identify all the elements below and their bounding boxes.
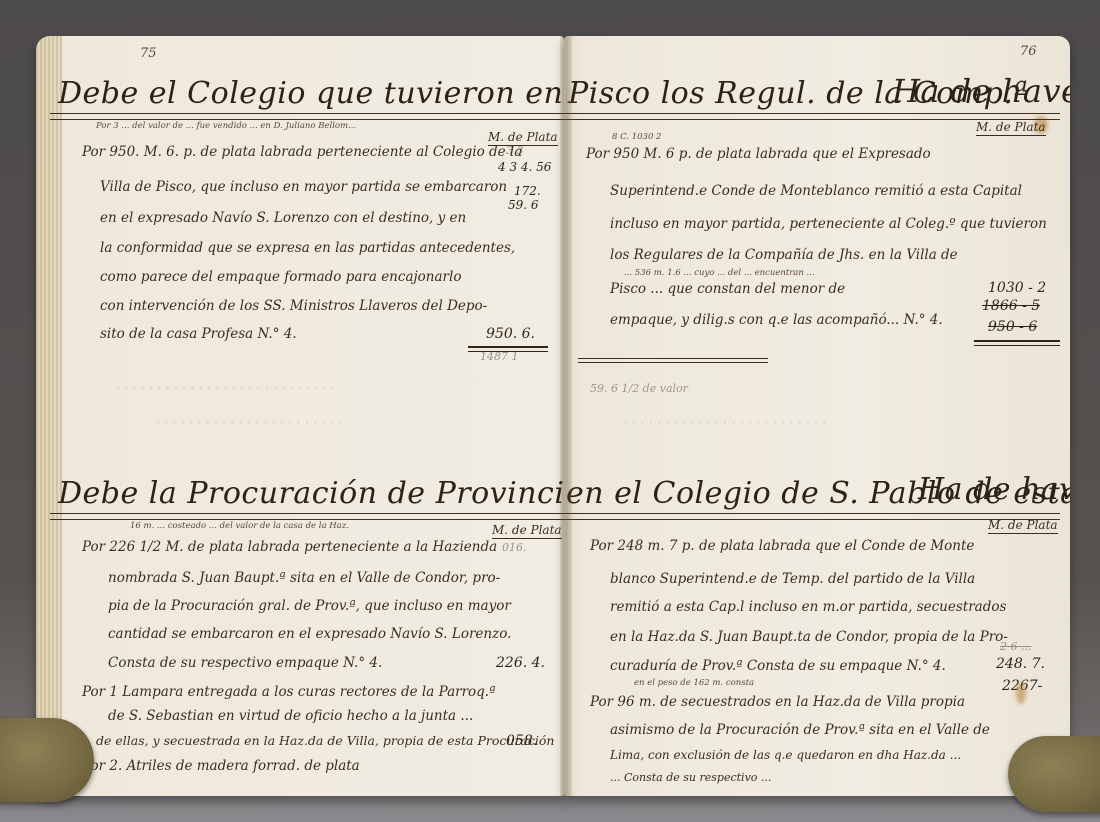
- entry-line: Por 950 M. 6 p. de plata labrada que el …: [586, 146, 931, 162]
- right-page: 76 Pisco los Regul. de la Comp.ª Ha de h…: [564, 36, 1070, 796]
- folio-number: 75: [140, 46, 157, 61]
- ink-stain: [1016, 682, 1026, 704]
- section-heading: Debe el Colegio que tuvieron en la Villa…: [58, 76, 564, 111]
- entry-line: incluso en mayor partida, perteneciente …: [610, 216, 1047, 232]
- entry-line: en el expresado Navío S. Lorenzo con el …: [100, 210, 466, 226]
- entry-line: remitió a esta Cap.l incluso en m.or par…: [610, 599, 1006, 615]
- column-header: M. de Plata: [492, 523, 562, 539]
- entry-line: blanco Superintend.e de Temp. del partid…: [610, 571, 975, 587]
- entry-line: con intervención de los SS. Ministros Ll…: [100, 298, 487, 314]
- open-ledger-book: 75 Debe el Colegio que tuvieron en la Vi…: [36, 36, 1070, 802]
- entry-line: los Regulares de la Compañía de Jhs. en …: [610, 247, 958, 263]
- entry-line: en la Haz.da S. Juan Baupt.ta de Condor,…: [610, 629, 1008, 645]
- entry-line: empaque, y dilig.s con q.e las acompañó.…: [610, 312, 943, 328]
- section-heading: Debe la Procuración de Provincia que res…: [58, 476, 564, 511]
- footnote: 59. 6 1/2 de valor: [590, 382, 688, 395]
- heading-right: Ha de haver: [918, 472, 1070, 507]
- entry-line: Superintend.e Conde de Monteblanco remit…: [610, 183, 1022, 199]
- entry-line: como parece del empaque formado para enc…: [100, 269, 461, 285]
- subtotal: 1487 1: [480, 350, 519, 363]
- folio-number: 76: [1020, 44, 1037, 59]
- entry-line: Por 1 Lampara entregada a los curas rect…: [82, 684, 496, 700]
- side-figure-struck: 950 - 6: [988, 319, 1037, 335]
- entry-line: cantidad se embarcaron en el expresado N…: [108, 626, 511, 642]
- entry-line: Villa de Pisco, que incluso en mayor par…: [100, 179, 507, 195]
- heading-double-rule: [564, 513, 1060, 520]
- entry-line: Consta de su respectivo empaque N.° 4.: [108, 655, 382, 671]
- side-figure-struck: 2 6 ...: [1000, 640, 1031, 653]
- entry-line: ... Consta de su respectivo ...: [610, 771, 771, 784]
- entry-line: sito de la casa Profesa N.° 4.: [100, 326, 297, 342]
- entry-line: Lima, con exclusión de las q.e quedaron …: [610, 748, 961, 762]
- correction-note: 8 C. 1030 2: [612, 132, 661, 142]
- heading-double-rule: [50, 513, 564, 520]
- side-figure: 3 3: [506, 144, 524, 157]
- entry-line: Por 96 m. de secuestrados en la Haz.da d…: [590, 694, 965, 710]
- entry-line: Por 2. Atriles de madera forrad. de plat…: [82, 758, 360, 774]
- heading-right: Ha de haver: [892, 72, 1070, 110]
- side-figure: 172.: [514, 184, 541, 198]
- right-book-weight: [1008, 736, 1100, 812]
- left-page: 75 Debe el Colegio que tuvieron en la Vi…: [36, 36, 564, 796]
- entry-line: de ellas, y secuestrada en la Haz.da de …: [96, 733, 554, 748]
- entry-line: asimismo de la Procuración de Prov.ª sit…: [610, 722, 990, 738]
- entry-line: nombrada S. Juan Baupt.ª sita en el Vall…: [108, 570, 500, 586]
- entry-line: curaduría de Prov.ª Consta de su empaque…: [610, 658, 946, 674]
- side-figure: 016.: [502, 541, 527, 554]
- entry-line: Por 950. M. 6. p. de plata labrada perte…: [82, 144, 522, 160]
- column-header: M. de Plata: [976, 120, 1046, 136]
- sum-rule: [974, 340, 1060, 346]
- entry-line: Por 226 1/2 M. de plata labrada pertenec…: [82, 539, 497, 555]
- side-figure: 1030 - 2: [988, 280, 1046, 296]
- margin-note: en el peso de 162 m. consta: [634, 678, 754, 688]
- side-figure-struck: 1866 - 5: [982, 298, 1040, 314]
- side-figure: 4 3 4. 56: [498, 160, 551, 174]
- entry-line: de S. Sebastian en virtud de oficio hech…: [108, 708, 473, 724]
- flourish-rule: [578, 358, 768, 363]
- side-figure: 59. 6: [508, 198, 539, 212]
- heading-double-rule: [50, 113, 564, 120]
- entry-line: la conformidad que se expresa en las par…: [100, 240, 515, 256]
- left-page-edge: [36, 36, 62, 796]
- left-book-weight: [0, 718, 94, 802]
- heading-double-rule: [564, 113, 1060, 120]
- entry-line: Pisco ... que constan del menor de: [610, 281, 845, 297]
- interlinear-note: ... 536 m. 1.6 ... cuyo ... del ... encu…: [624, 268, 815, 278]
- entry-amount: 058.: [506, 733, 537, 749]
- margin-note: 16 m. ... costeado ... del valor de la c…: [130, 521, 349, 531]
- margin-note: Por 3 ... del valor de ... fue vendido .…: [96, 121, 356, 131]
- book-gutter: [560, 36, 572, 796]
- column-header: M. de Plata: [988, 518, 1058, 534]
- entry-amount: 226. 4.: [496, 655, 545, 671]
- entry-line: Por 248 m. 7 p. de plata labrada que el …: [590, 538, 974, 554]
- entry-line: pia de la Procuración gral. de Prov.ª, q…: [108, 598, 511, 614]
- entry-amount: 950. 6.: [486, 326, 535, 342]
- entry-amount: 248. 7.: [996, 656, 1045, 672]
